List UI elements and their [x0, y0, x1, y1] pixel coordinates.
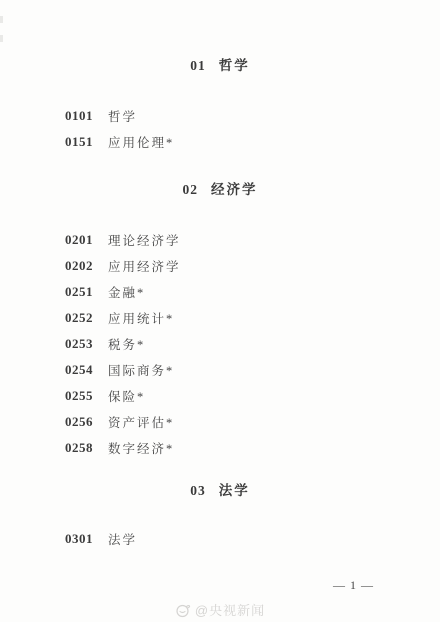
catalog-row: 0251 金融* [0, 279, 440, 305]
section-title: 哲学 [219, 58, 250, 73]
catalog-row: 0201 理论经济学 [0, 227, 440, 253]
section-title: 法学 [219, 483, 250, 498]
cctv-news-logo-icon [175, 602, 191, 618]
catalog-row: 0258 数字经济* [0, 435, 440, 461]
section-code: 02 [183, 182, 199, 197]
discipline-code: 0258 [65, 440, 108, 456]
watermark-text: @央视新闻 [195, 600, 265, 619]
section-title: 经济学 [211, 182, 258, 197]
discipline-name: 应用经济学 [108, 257, 181, 275]
discipline-code: 0301 [65, 531, 108, 547]
discipline-name: 国际商务* [108, 361, 174, 379]
discipline-name: 理论经济学 [108, 231, 181, 249]
catalog-row: 0301 法学 [0, 526, 440, 552]
discipline-name: 资产评估* [108, 413, 174, 431]
discipline-code: 0201 [65, 232, 108, 248]
catalog-row: 0202 应用经济学 [0, 253, 440, 279]
discipline-name: 应用统计* [108, 309, 174, 327]
section-heading-economics: 02经济学 [0, 181, 440, 199]
discipline-code: 0256 [65, 414, 108, 430]
discipline-code: 0252 [65, 310, 108, 326]
scan-artifact [0, 16, 3, 23]
catalog-row: 0255 保险* [0, 383, 440, 409]
section-code: 01 [190, 58, 206, 73]
discipline-name: 税务* [108, 335, 145, 353]
catalog-row: 0256 资产评估* [0, 409, 440, 435]
discipline-code: 0251 [65, 284, 108, 300]
discipline-code: 0255 [65, 388, 108, 404]
section-heading-philosophy: 01哲学 [0, 57, 440, 75]
watermark: @央视新闻 [0, 600, 440, 619]
discipline-name: 数字经济* [108, 439, 174, 457]
catalog-row: 0254 国际商务* [0, 357, 440, 383]
catalog-row: 0253 税务* [0, 331, 440, 357]
discipline-name: 哲学 [108, 107, 137, 125]
section-heading-law: 03法学 [0, 482, 440, 500]
discipline-code: 0254 [65, 362, 108, 378]
scan-artifact [0, 35, 3, 42]
catalog-row: 0252 应用统计* [0, 305, 440, 331]
discipline-code: 0253 [65, 336, 108, 352]
catalog-row: 0101 哲学 [0, 103, 440, 129]
discipline-name: 保险* [108, 387, 145, 405]
scanned-document-page: 01哲学 0101 哲学 0151 应用伦理* 02经济学 0201 理论经济学… [0, 0, 440, 622]
section-code: 03 [190, 483, 206, 498]
discipline-name: 应用伦理* [108, 133, 174, 151]
page-number: — 1 — [0, 578, 440, 592]
discipline-code: 0101 [65, 108, 108, 124]
discipline-name: 金融* [108, 283, 145, 301]
discipline-code: 0151 [65, 134, 108, 150]
catalog-row: 0151 应用伦理* [0, 129, 440, 155]
discipline-code: 0202 [65, 258, 108, 274]
discipline-name: 法学 [108, 530, 137, 548]
